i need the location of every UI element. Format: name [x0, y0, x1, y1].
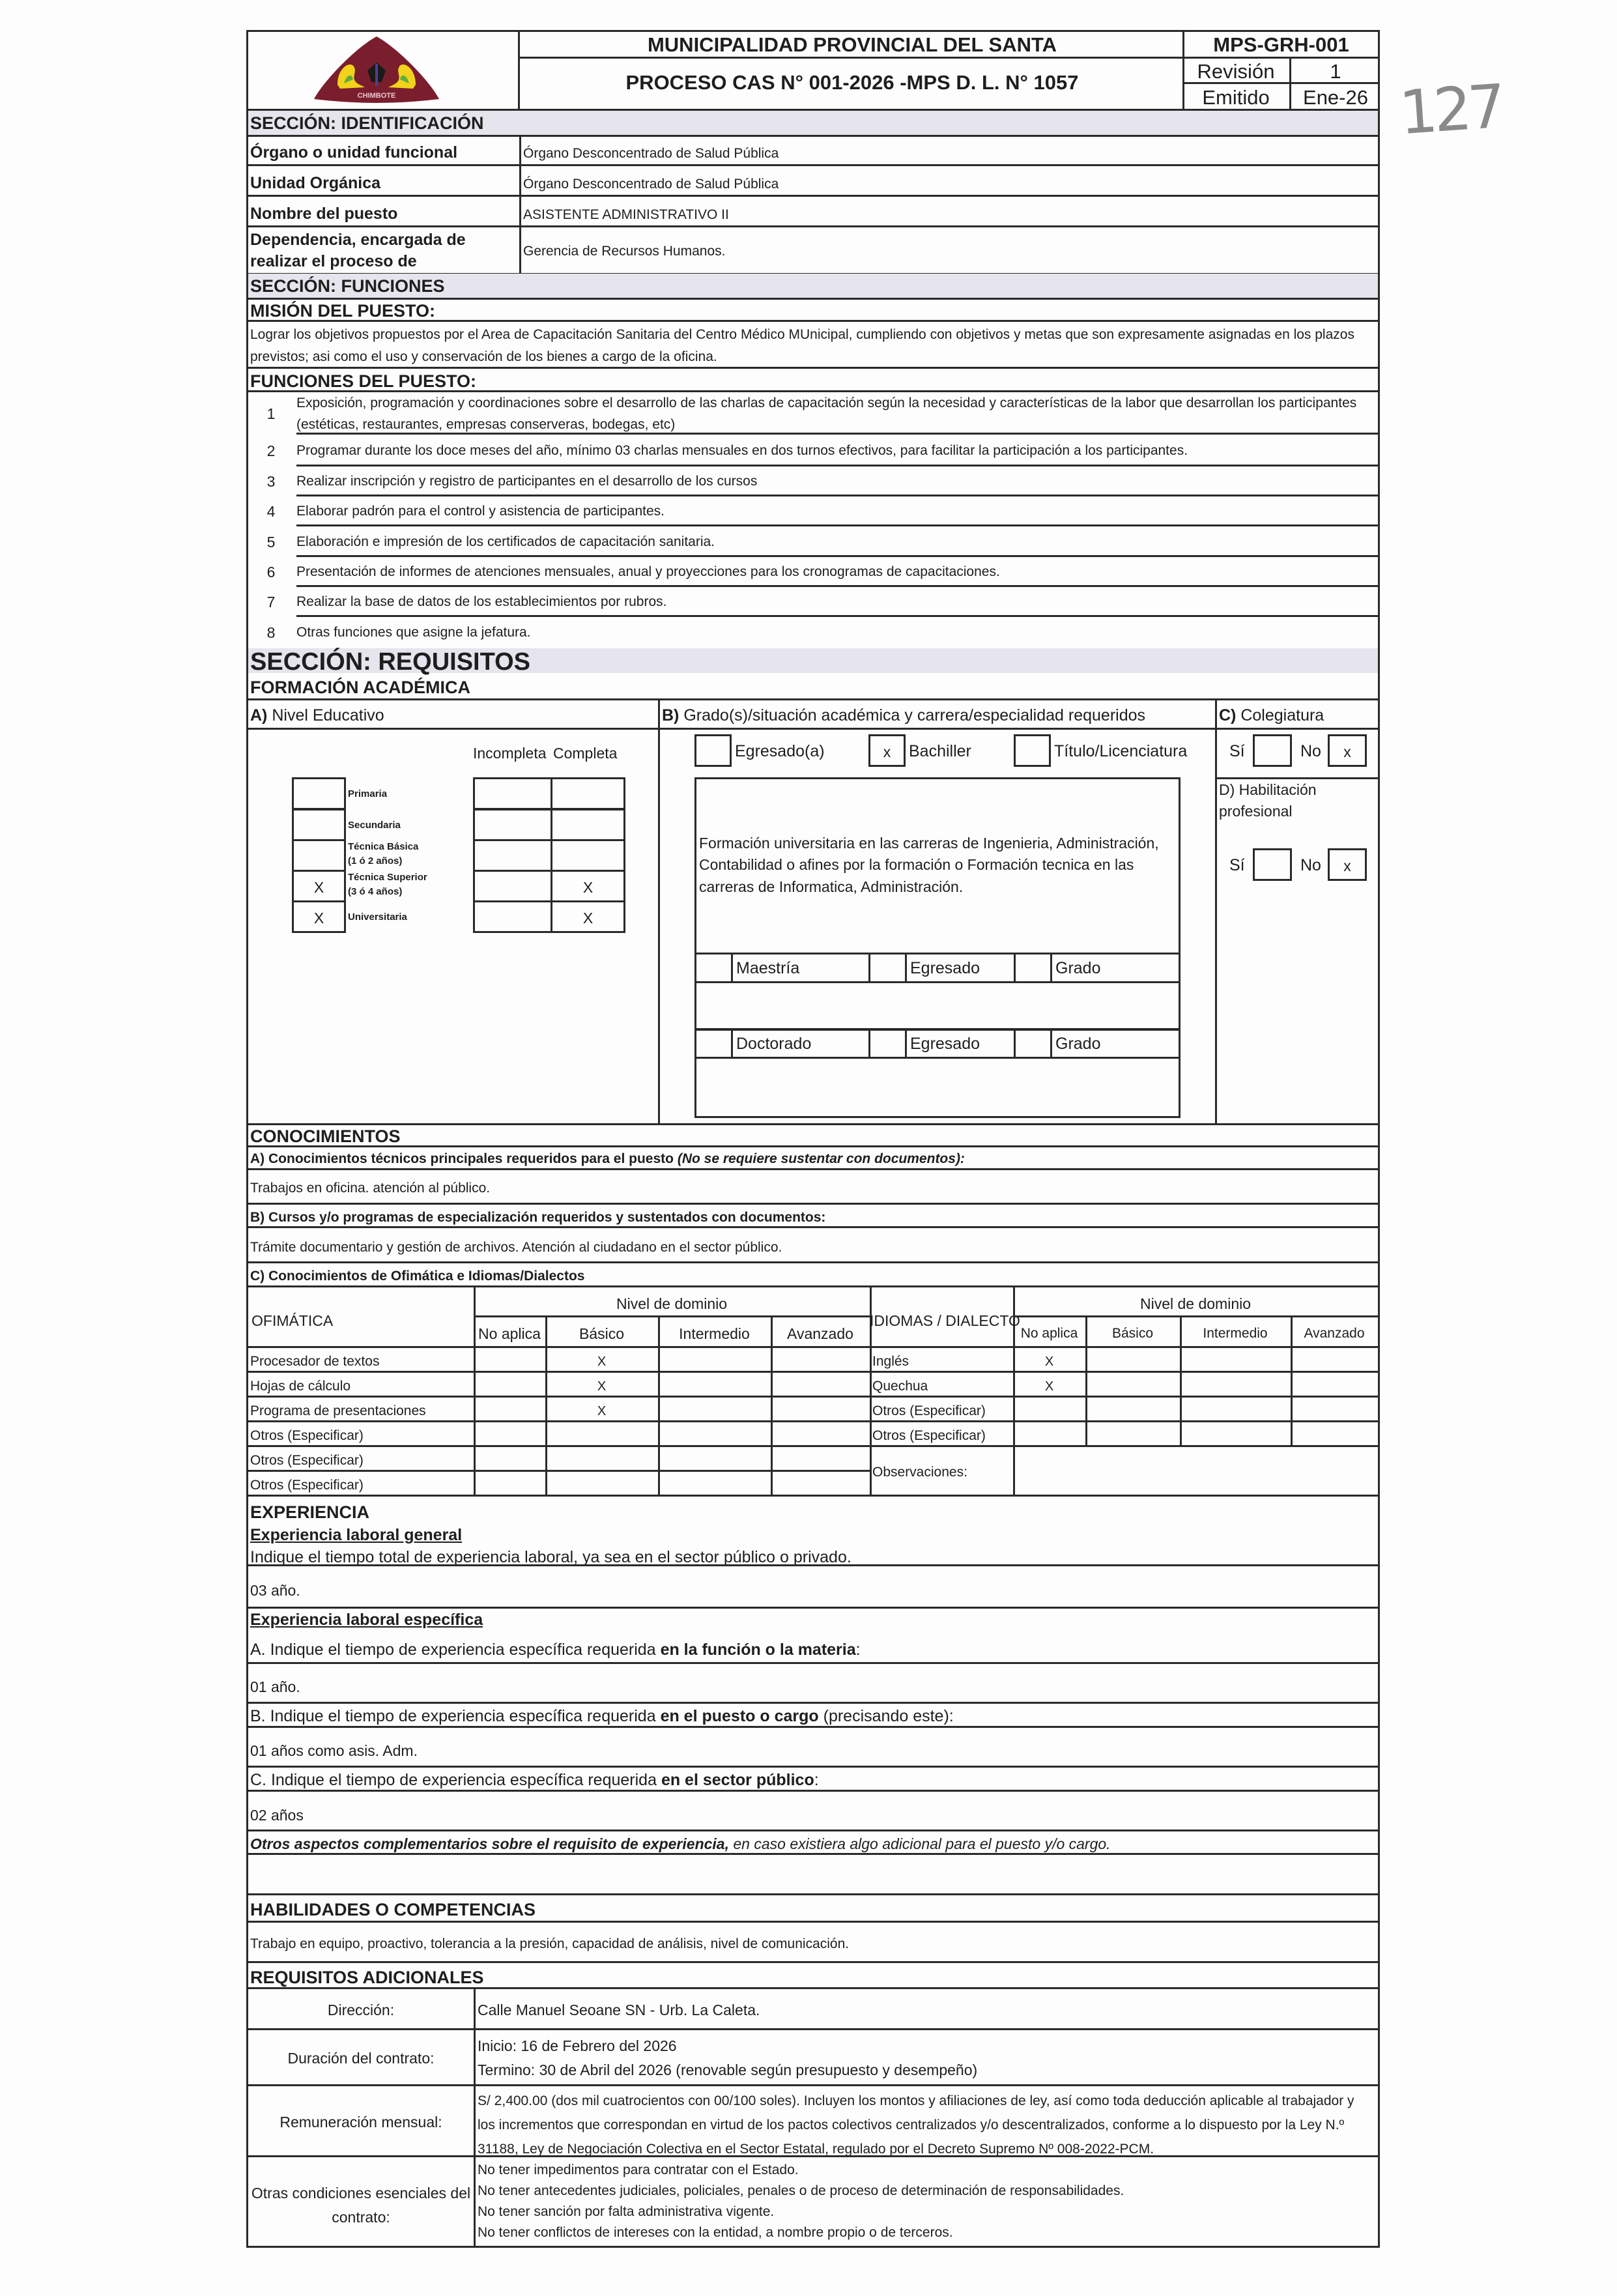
- exp-a-text: A. Indique el tiempo de experiencia espe…: [250, 1641, 661, 1659]
- nivel-checkbox[interactable]: [292, 839, 346, 872]
- ofimatica-level-header: Avanzado: [771, 1327, 870, 1342]
- ofimatica-level-header: Básico: [545, 1327, 658, 1342]
- exp-b-value-sep: [248, 1766, 1378, 1768]
- nivel-check-mark: X: [292, 910, 346, 927]
- nivel-label: Técnica Superior: [348, 872, 427, 882]
- adicionales-col-divider: [474, 1988, 476, 2248]
- id-row-3: [248, 197, 1378, 227]
- colegiatura-title: C) Colegiatura: [1219, 708, 1324, 724]
- nivel-label: Universitaria: [348, 912, 407, 922]
- grado-option-mark: x: [868, 743, 906, 761]
- idiomas-mark: X: [1013, 1379, 1085, 1394]
- nivel-incompleta-cell[interactable]: [473, 777, 552, 810]
- idiomas-level-header: Básico: [1085, 1327, 1180, 1340]
- posgrado-label: Maestría: [736, 960, 799, 977]
- idiomas-mark: X: [1013, 1355, 1085, 1370]
- habilitacion-si-label: Sí: [1229, 857, 1245, 874]
- nivel-title: Nivel Educativo: [272, 706, 384, 725]
- posgrado-detail-box: [694, 981, 1181, 1031]
- id-value-dependencia: Gerencia de Recursos Humanos.: [523, 244, 725, 258]
- grado-title: B) Grado(s)/situación académica y carrer…: [662, 708, 1145, 724]
- funcion-text: Realizar la base de datos de los estable…: [296, 595, 666, 609]
- idiomas-row: [870, 1373, 1378, 1398]
- habilitacion-no-label: No: [1300, 857, 1321, 874]
- ofimatica-row-name: Procesador de textos: [250, 1355, 379, 1368]
- observaciones-label: Observaciones:: [872, 1465, 967, 1479]
- issued-value: Ene-26: [1291, 87, 1380, 108]
- funcion-text: Programar durante los doce meses del año…: [296, 444, 1188, 457]
- id-value-puesto: ASISTENTE ADMINISTRATIVO II: [523, 208, 729, 222]
- exp-c-sep: [248, 1790, 1378, 1792]
- otras-condicion-item: No tener sanción por falta administrativ…: [478, 2205, 774, 2218]
- exp-otros-sep: [248, 1853, 1378, 1855]
- idiomas-level-header: Avanzado: [1291, 1327, 1378, 1340]
- habilidades-value: Trabajo en equipo, proactivo, tolerancia…: [250, 1937, 849, 1951]
- habilidades-value-sep: [248, 1961, 1378, 1963]
- otras-label: Otras condiciones esenciales del contrat…: [250, 2181, 472, 2230]
- id-row-2: [248, 166, 1378, 197]
- colegiatura-si-checkbox[interactable]: [1253, 734, 1292, 767]
- ofimatica-level-header: No aplica: [474, 1327, 545, 1342]
- idiomas-level-header: No aplica: [1013, 1327, 1085, 1340]
- nivel-label-sub: (1 ó 2 años): [348, 856, 402, 866]
- exp-b-sep: [248, 1726, 1378, 1728]
- conocimientos-title-row: [248, 1123, 1378, 1147]
- idiomas-subhead-sep: [1013, 1315, 1378, 1317]
- posgrado-grado-label: Grado: [1055, 1036, 1100, 1052]
- funcion-number: 4: [248, 504, 294, 519]
- document-code: MPS-GRH-001: [1182, 35, 1380, 55]
- adicionales-title: REQUISITOS ADICIONALES: [250, 1969, 484, 1987]
- experiencia-a-prompt: A. Indique el tiempo de experiencia espe…: [250, 1642, 861, 1658]
- funcion-text: Otras funciones que asigne la jefatura.: [296, 625, 531, 639]
- conocimientos-title: CONOCIMIENTOS: [250, 1128, 401, 1145]
- direccion-label: Dirección:: [248, 2003, 474, 2018]
- idiomas-nivel-dominio: Nivel de dominio: [1013, 1297, 1378, 1312]
- id-value-organo: Órgano Desconcentrado de Salud Pública: [523, 147, 779, 160]
- ofimatica-mark: X: [545, 1355, 658, 1370]
- habilitacion-no-mark: x: [1328, 857, 1367, 875]
- experiencia-c-value: 02 años: [250, 1808, 304, 1823]
- nivel-completa-mark: X: [551, 910, 625, 927]
- experiencia-general-prompt: Indique el tiempo total de experiencia l…: [250, 1549, 851, 1566]
- experiencia-b-value: 01 años como asis. Adm.: [250, 1744, 418, 1758]
- exp-c-value-sep: [248, 1830, 1378, 1831]
- colegiatura-title-text: Colegiatura: [1240, 706, 1324, 725]
- nivel-incompleta-cell[interactable]: [473, 839, 552, 872]
- grado-title-text: Grado(s)/situación académica y carrera/e…: [683, 706, 1145, 725]
- id-value-unidad: Órgano Desconcentrado de Salud Pública: [523, 177, 779, 191]
- funcion-number: 3: [248, 474, 294, 489]
- ofimatica-row-name: Hojas de cálculo: [250, 1379, 351, 1393]
- nivel-check-mark: X: [292, 879, 346, 897]
- direccion-sep: [248, 2028, 1378, 2030]
- colegiatura-si-label: Sí: [1229, 743, 1245, 760]
- funcion-number: 6: [248, 565, 294, 580]
- otras-condicion-item: No tener antecedentes judiciales, polici…: [478, 2184, 1124, 2198]
- institution-title: MUNICIPALIDAD PROVINCIAL DEL SANTA: [520, 35, 1184, 55]
- ofimatica-mark: X: [545, 1404, 658, 1419]
- funcion-number: 1: [248, 407, 294, 422]
- nivel-completa-cell[interactable]: [551, 777, 625, 810]
- formacion-col-divider-bc: [1215, 699, 1217, 1125]
- nivel-checkbox[interactable]: [292, 809, 346, 841]
- remuneracion-label: Remuneración mensual:: [248, 2115, 474, 2130]
- tecnicos-value: Trabajos en oficina. atención al público…: [250, 1181, 490, 1195]
- handwritten-page-number: 127: [1397, 72, 1504, 149]
- funcion-number: 5: [248, 535, 294, 550]
- carrera-text: Formación universitaria en las carreras …: [699, 833, 1175, 898]
- posgrado-egresado-check[interactable]: [868, 953, 907, 983]
- formacion-title: FORMACIÓN ACADÉMICA: [250, 679, 470, 696]
- nivel-label: Primaria: [348, 789, 387, 799]
- posgrado-egresado-label: Egresado: [910, 960, 980, 977]
- revision-value: 1: [1291, 61, 1380, 81]
- experiencia-c-prompt: C. Indique el tiempo de experiencia espe…: [250, 1772, 819, 1788]
- remuneracion-value: S/ 2,400.00 (dos mil cuatrocientos con 0…: [478, 2089, 1375, 2161]
- experiencia-general-title: Experiencia laboral general: [250, 1527, 462, 1543]
- exp-a-bold: en la función o la materia: [661, 1641, 856, 1659]
- experiencia-especifica-title: Experiencia laboral específica: [250, 1612, 483, 1628]
- mision-text: Lograr los objetivos propuestos por el A…: [250, 324, 1358, 367]
- colegiatura-prefix: C): [1219, 706, 1236, 725]
- exp-b-text: B. Indique el tiempo de experiencia espe…: [250, 1707, 661, 1725]
- id-label-organo: Órgano o unidad funcional: [250, 145, 457, 161]
- grado-option-checkbox[interactable]: [1014, 734, 1051, 767]
- experiencia-a-value: 01 año.: [250, 1680, 300, 1695]
- revision-label: Revisión: [1182, 61, 1289, 81]
- nivel-label: Técnica Básica: [348, 842, 418, 852]
- nivel-incompleta-cell[interactable]: [473, 900, 552, 933]
- posgrado-egresado-label: Egresado: [910, 1036, 980, 1052]
- ofimatica-nivel-dominio: Nivel de dominio: [474, 1297, 870, 1312]
- idiomas-row-name: Inglés: [872, 1355, 909, 1368]
- exp-otros-rest: en caso existiera algo adicional para el…: [729, 1835, 1111, 1852]
- idiomas-row-name: Quechua: [872, 1379, 928, 1393]
- ofimatica-level-header: Intermedio: [658, 1327, 771, 1342]
- ofimatica-row-name: Otros (Especificar): [250, 1454, 364, 1467]
- nivel-incompleta-cell[interactable]: [473, 870, 552, 902]
- section-identificacion-title: SECCIÓN: IDENTIFICACIÓN: [250, 115, 484, 132]
- posgrado-label: Doctorado: [736, 1036, 811, 1052]
- idiomas-header: IDIOMAS / DIALECTO: [870, 1313, 1013, 1328]
- otras-condicion-item: No tener conflictos de intereses con la …: [478, 2226, 953, 2239]
- posgrado-grado-check[interactable]: [1014, 953, 1052, 983]
- issued-label: Emitido: [1182, 87, 1289, 108]
- habilidades-title: HABILIDADES O COMPETENCIAS: [250, 1901, 536, 1919]
- col-completa-label: Completa: [553, 746, 617, 761]
- tecnicos-label: A) Conocimientos técnicos principales re…: [250, 1152, 965, 1166]
- nivel-label: Secundaria: [348, 820, 401, 830]
- chimbote-logo-icon: CHIMBOTE: [311, 34, 442, 106]
- posgrado-grado-label: Grado: [1055, 960, 1100, 977]
- exp-general-value-sep: [248, 1607, 1378, 1609]
- exp-a-value-sep: [248, 1702, 1378, 1704]
- mision-title: MISIÓN DEL PUESTO:: [250, 302, 435, 320]
- formacion-col-divider-ab: [658, 699, 660, 1125]
- exp-a-sep: [248, 1662, 1378, 1664]
- grado-prefix: B): [662, 706, 679, 725]
- posgrado-check-cell[interactable]: [694, 1028, 733, 1059]
- nivel-completa-mark: X: [551, 879, 625, 897]
- ofimatica-idiomas-label: C) Conocimientos de Ofimática e Idiomas/…: [250, 1269, 584, 1283]
- experiencia-title: EXPERIENCIA: [250, 1504, 369, 1521]
- grado-option-label: Egresado(a): [735, 743, 825, 760]
- nivel-prefix: A): [250, 706, 267, 725]
- cursos-value: Trámite documentario y gestión de archiv…: [250, 1241, 782, 1254]
- section-funciones-title: SECCIÓN: FUNCIONES: [250, 278, 445, 295]
- ofimatica-subhead-sep: [474, 1315, 870, 1317]
- otras-condicion-item: No tener impedimentos para contratar con…: [478, 2163, 799, 2177]
- nivel-completa-cell[interactable]: [551, 839, 625, 872]
- adicionales-sep: [248, 1987, 1378, 1989]
- duracion-sep: [248, 2084, 1378, 2086]
- colegiatura-no-mark: x: [1328, 743, 1367, 761]
- grado-option-label: Bachiller: [909, 743, 971, 760]
- grado-option-label: Título/Licenciatura: [1054, 743, 1187, 760]
- experiencia-b-prompt: B. Indique el tiempo de experiencia espe…: [250, 1708, 954, 1725]
- funcion-text: Realizar inscripción y registro de parti…: [296, 474, 757, 488]
- ofimatica-row-name: Programa de presentaciones: [250, 1404, 426, 1418]
- exp-otros-value-sep: [248, 1893, 1378, 1895]
- habilitacion-si-checkbox[interactable]: [1253, 848, 1292, 881]
- remuneracion-sep: [248, 2155, 1378, 2157]
- funcion-text: Elaborar padrón para el control y asiste…: [296, 504, 665, 518]
- colegiatura-no-label: No: [1300, 743, 1321, 760]
- svg-text:CHIMBOTE: CHIMBOTE: [358, 92, 396, 100]
- ofimatica-row-name: Otros (Especificar): [250, 1478, 364, 1492]
- idiomas-level-header: Intermedio: [1180, 1327, 1291, 1340]
- nivel-label-sub: (3 ó 4 años): [348, 887, 402, 897]
- tecnicos-label-text: A) Conocimientos técnicos principales re…: [250, 1151, 674, 1166]
- exp-b-bold: en el puesto o cargo: [661, 1707, 819, 1725]
- exp-otros-bold: Otros aspectos complementarios sobre el …: [250, 1835, 729, 1852]
- ofimatica-header: OFIMÁTICA: [251, 1313, 333, 1328]
- experiencia-general-value: 03 año.: [250, 1583, 300, 1598]
- grado-option-checkbox[interactable]: [694, 734, 732, 767]
- idiomas-row: [870, 1348, 1378, 1373]
- process-title: PROCESO CAS N° 001-2026 -MPS D. L. N° 10…: [520, 72, 1184, 93]
- idiomas-row-name: Otros (Especificar): [872, 1404, 986, 1418]
- posgrado-check-cell[interactable]: [694, 953, 733, 983]
- posgrado-grado-check[interactable]: [1014, 1028, 1052, 1059]
- posgrado-detail-box: [694, 1057, 1181, 1118]
- funciones-title: FUNCIONES DEL PUESTO:: [250, 373, 476, 390]
- cursos-label: B) Cursos y/o programas de especializaci…: [250, 1211, 825, 1224]
- funcion-number: 7: [248, 595, 294, 610]
- direccion-value: Calle Manuel Seoane SN - Urb. La Caleta.: [478, 2003, 760, 2018]
- nivel-incompleta-cell[interactable]: [473, 809, 552, 841]
- funcion-text: Presentación de informes de atenciones m…: [296, 565, 1000, 579]
- exp-general-sep: [248, 1564, 1378, 1566]
- habilidades-sep: [248, 1921, 1378, 1923]
- nivel-completa-cell[interactable]: [551, 809, 625, 841]
- duracion-label: Duración del contrato:: [248, 2051, 474, 2066]
- id-label-unidad: Unidad Orgánica: [250, 175, 380, 192]
- id-label-puesto: Nombre del puesto: [250, 206, 397, 222]
- section-requisitos-title: SECCIÓN: REQUISITOS: [250, 650, 530, 674]
- ofimatica-row-name: Otros (Especificar): [250, 1429, 364, 1442]
- exp-c-bold: en el sector público: [661, 1771, 814, 1789]
- habilitacion-title: D) Habilitación profesional: [1219, 779, 1317, 823]
- duracion-inicio: Inicio: 16 de Febrero del 2026: [478, 2039, 677, 2054]
- experiencia-otros-prompt: Otros aspectos complementarios sobre el …: [250, 1837, 1111, 1852]
- idiomas-row-name: Otros (Especificar): [872, 1429, 986, 1442]
- col-incompleta-label: Incompleta: [473, 746, 547, 761]
- ofimatica-mark: X: [545, 1379, 658, 1394]
- funcion-text: Elaboración e impresión de los certifica…: [296, 535, 715, 549]
- exp-b-suffix: (precisando este):: [819, 1707, 954, 1725]
- nivel-checkbox[interactable]: [292, 777, 346, 810]
- nivel-educativo-title: A) Nivel Educativo: [250, 708, 384, 724]
- tecnicos-note: (No se requiere sustentar con documentos…: [678, 1151, 965, 1166]
- posgrado-egresado-check[interactable]: [868, 1028, 907, 1059]
- funcion-number: 2: [248, 444, 294, 459]
- funcion-number: 8: [248, 625, 294, 640]
- duracion-termino: Termino: 30 de Abril del 2026 (renovable…: [478, 2063, 977, 2078]
- id-col-divider: [519, 136, 521, 275]
- funcion-text: Exposición, programación y coordinacione…: [296, 393, 1365, 435]
- exp-c-text: C. Indique el tiempo de experiencia espe…: [250, 1771, 661, 1789]
